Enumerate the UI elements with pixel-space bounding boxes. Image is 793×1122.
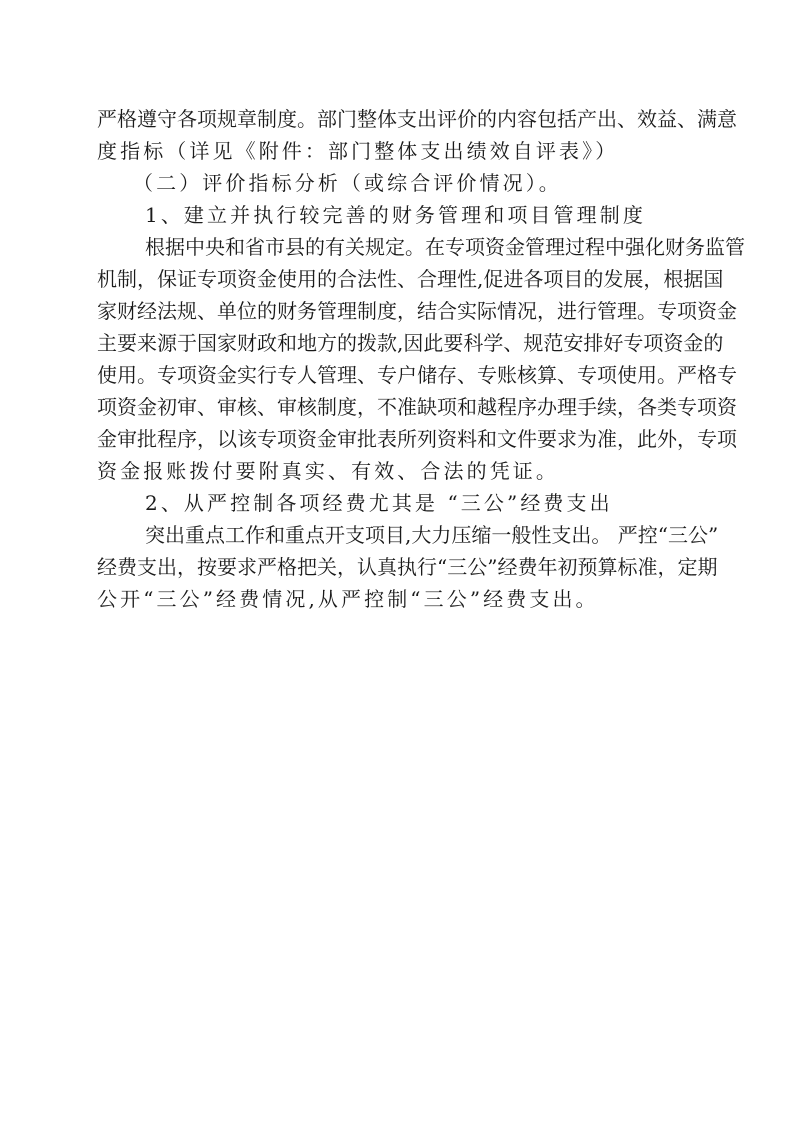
body-text-line: 公开“三公”经费情况,从严控制“三公”经费支出。 xyxy=(97,583,698,615)
body-text-line: 使用。专项资金实行专人管理、专户储存、专账核算、专项使用。严格专 xyxy=(97,359,698,391)
body-text-line: 家财经法规、单位的财务管理制度，结合实际情况，进行管理。专项资金 xyxy=(97,295,698,327)
body-text-line: 金审批程序，以该专项资金审批表所列资料和文件要求为准，此外，专项 xyxy=(97,423,698,455)
section-heading: （二）评价指标分析（或综合评价情况）。 xyxy=(97,167,698,199)
paragraph-first-line: 突出重点工作和重点开支项目,大力压缩一般性支出。 严控“三公” xyxy=(97,519,698,551)
body-text-line: 资金报账拨付要附真实、有效、合法的凭证。 xyxy=(97,455,698,487)
body-text-line: 度指标（详见《附件：部门整体支出绩效自评表》） xyxy=(97,135,698,167)
document-page: 严格遵守各项规章制度。部门整体支出评价的内容包括产出、效益、满意 度指标（详见《… xyxy=(97,103,698,615)
body-text-line: 严格遵守各项规章制度。部门整体支出评价的内容包括产出、效益、满意 xyxy=(97,103,698,135)
body-text-line: 经费支出，按要求严格把关，认真执行“三公”经费年初预算标准，定期 xyxy=(97,551,698,583)
subsection-heading: 1、建立并执行较完善的财务管理和项目管理制度 xyxy=(97,199,698,231)
body-text-line: 主要来源于国家财政和地方的拨款,因此要科学、规范安排好专项资金的 xyxy=(97,327,698,359)
body-text-line: 机制，保证专项资金使用的合法性、合理性,促进各项目的发展，根据国 xyxy=(97,263,698,295)
body-text-line: 项资金初审、审核、审核制度，不准缺项和越程序办理手续，各类专项资 xyxy=(97,391,698,423)
subsection-heading: 2、从严控制各项经费尤其是 “三公”经费支出 xyxy=(97,487,698,519)
paragraph-first-line: 根据中央和省市县的有关规定。在专项资金管理过程中强化财务监管 xyxy=(97,231,698,263)
